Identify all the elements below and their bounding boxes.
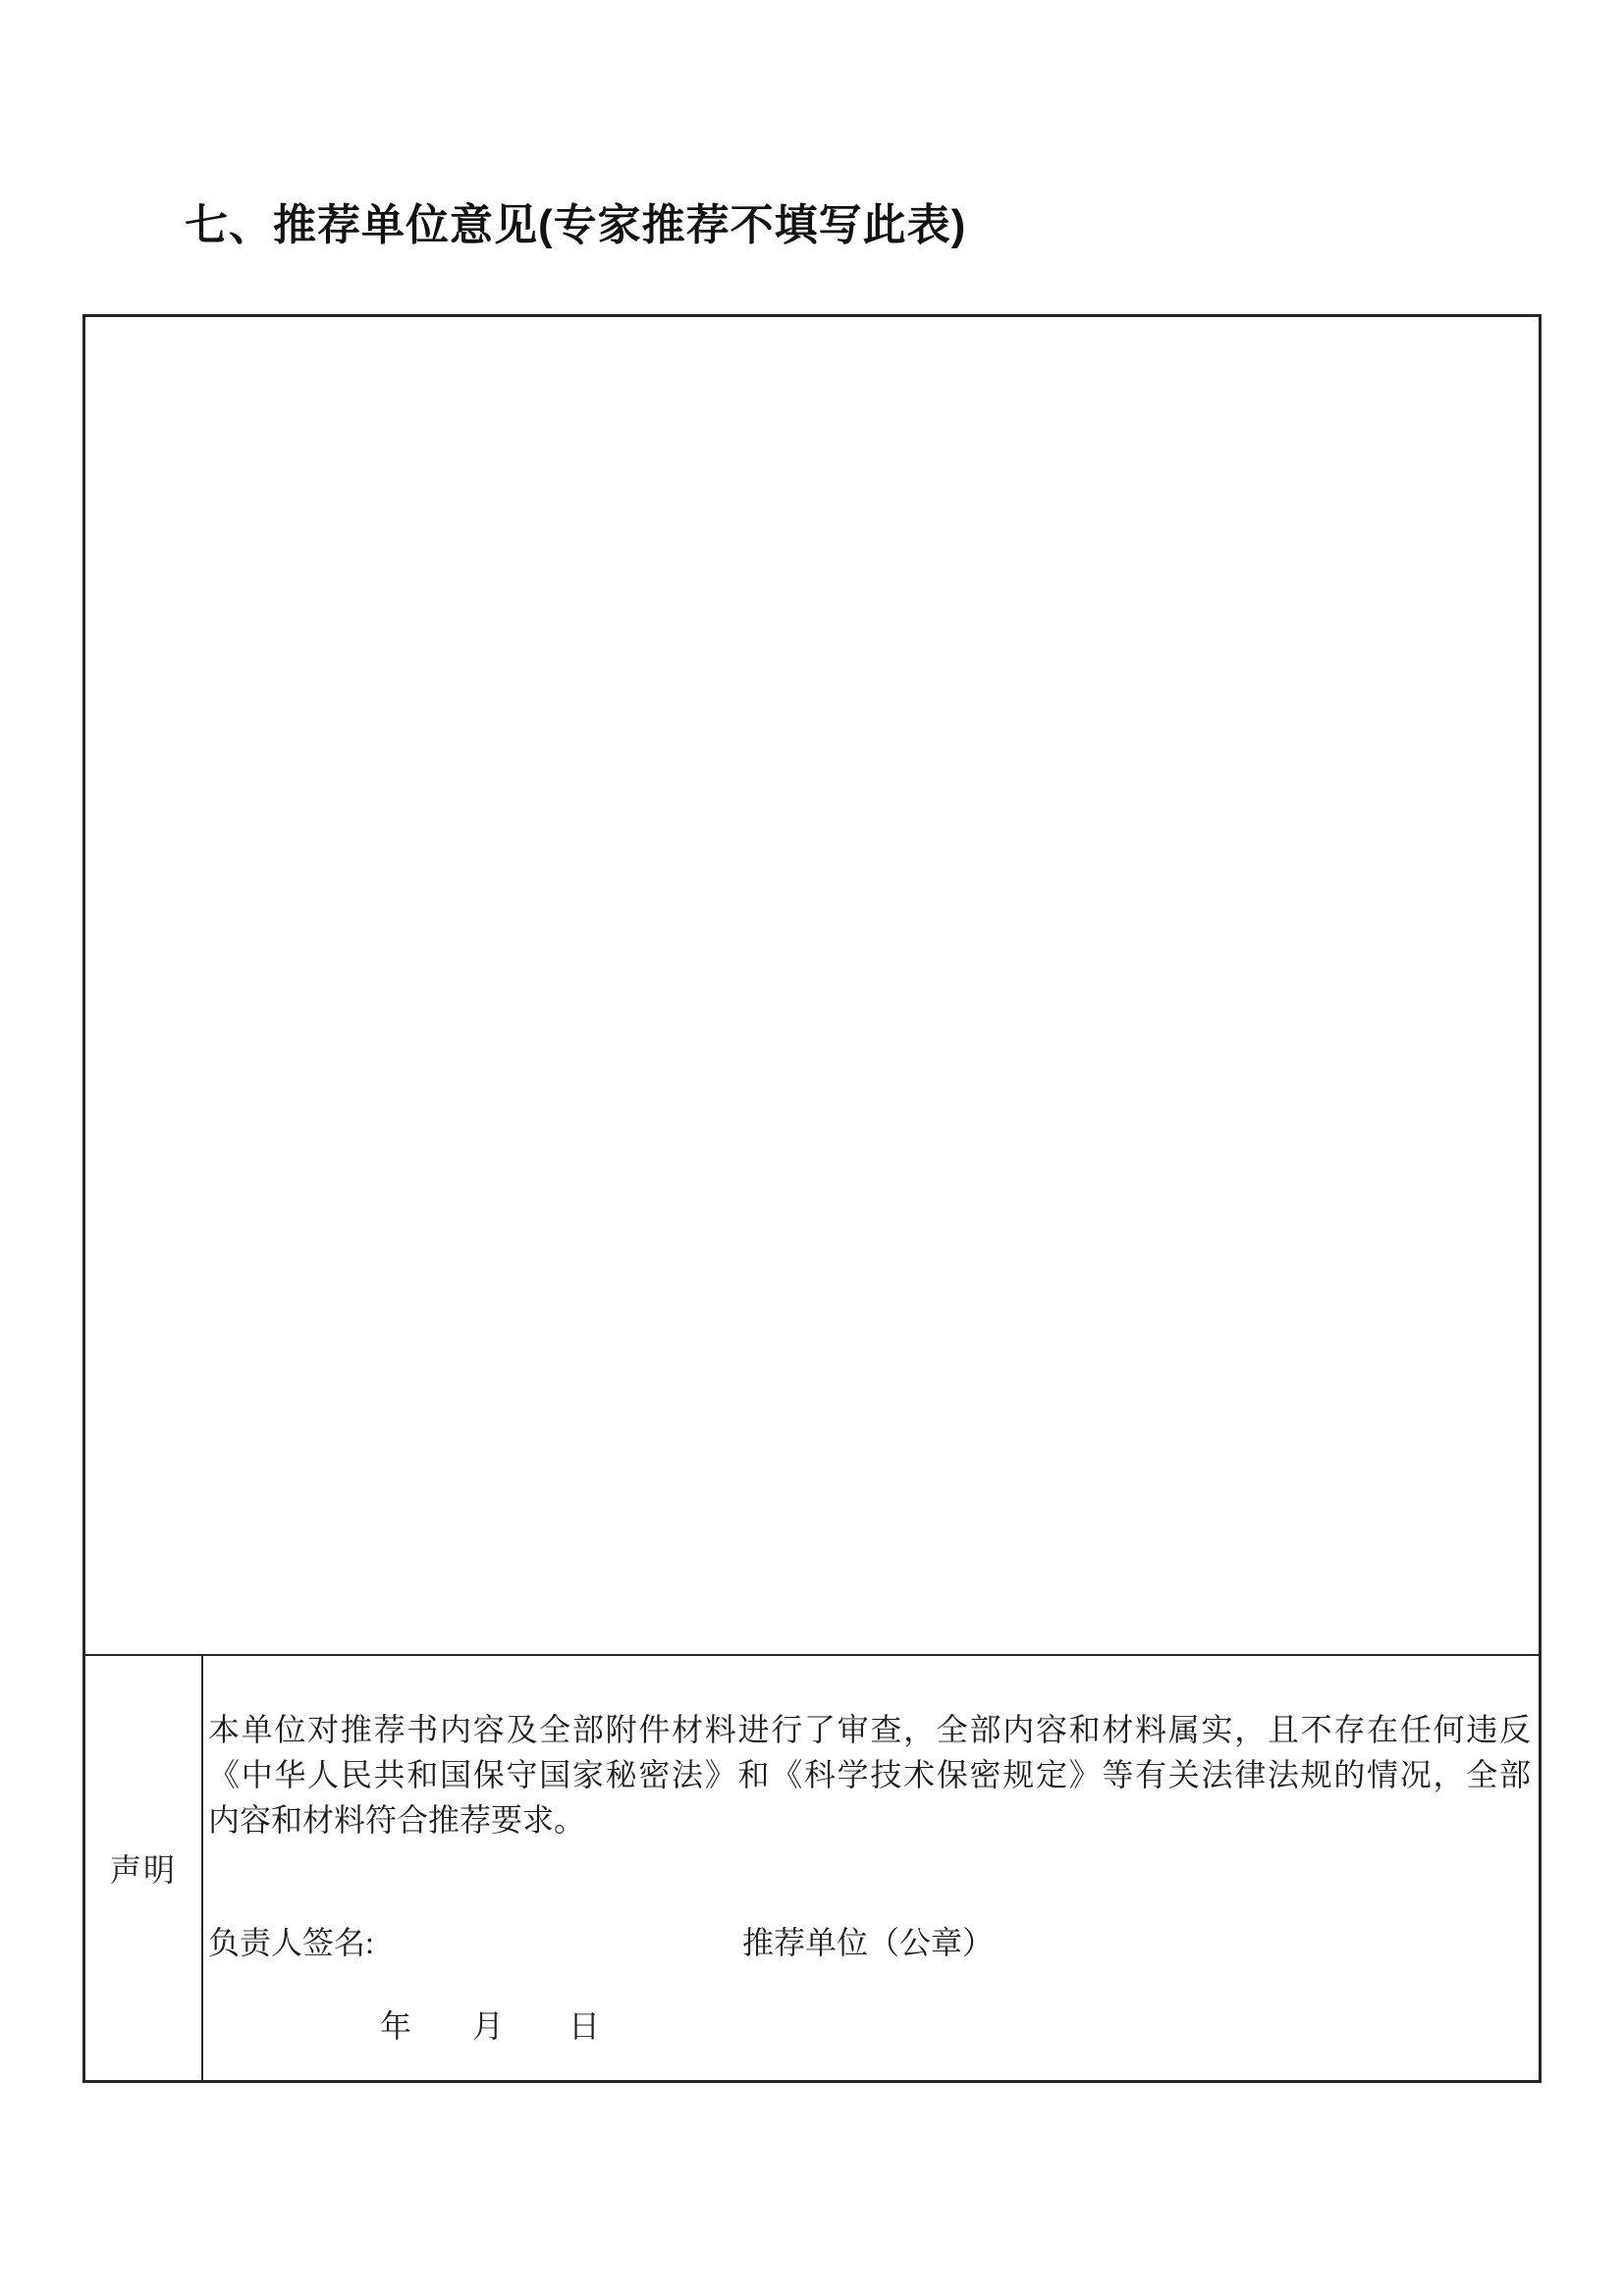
- declaration-label-cell: 声明: [85, 1656, 203, 2080]
- document-page: 七、推荐单位意见(专家推荐不填写此表) 声明 本单位对推荐书内容及全部附件材料进…: [0, 0, 1624, 2296]
- declaration-row: 声明 本单位对推荐书内容及全部附件材料进行了审查，全部内容和材料属实，且不存在任…: [85, 1656, 1539, 2080]
- declaration-label: 声明: [110, 1845, 177, 1891]
- month-label: 月: [472, 2008, 504, 2044]
- signature-line: 负责人签名: 推荐单位（公章）: [208, 1920, 1531, 1965]
- declaration-content-cell: 本单位对推荐书内容及全部附件材料进行了审查，全部内容和材料属实，且不存在任何违反…: [203, 1656, 1539, 2080]
- statement-line-1: 本单位对推荐书内容及全部附件材料进行了审查，全部内容和材料属实，且不存在任何违反: [208, 1707, 1531, 1752]
- statement-line-3: 内容和材料符合推荐要求。: [208, 1797, 1531, 1842]
- statement-line-2: 《中华人民共和国保守国家秘密法》和《科学技术保密规定》等有关法律法规的情况，全部: [208, 1752, 1531, 1797]
- declaration-statement: 本单位对推荐书内容及全部附件材料进行了审查，全部内容和材料属实，且不存在任何违反…: [208, 1707, 1531, 1842]
- signer-label: 负责人签名:: [208, 1925, 374, 1960]
- recommendation-opinion-table: 声明 本单位对推荐书内容及全部附件材料进行了审查，全部内容和材料属实，且不存在任…: [82, 314, 1542, 2083]
- seal-label: 推荐单位（公章）: [742, 1920, 994, 1965]
- date-line: 年 月 日: [208, 2003, 1531, 2049]
- year-label: 年: [380, 2008, 411, 2044]
- opinion-input-area[interactable]: [85, 317, 1539, 1656]
- section-title: 七、推荐单位意见(专家推荐不填写此表): [185, 202, 966, 249]
- day-label: 日: [568, 2008, 600, 2044]
